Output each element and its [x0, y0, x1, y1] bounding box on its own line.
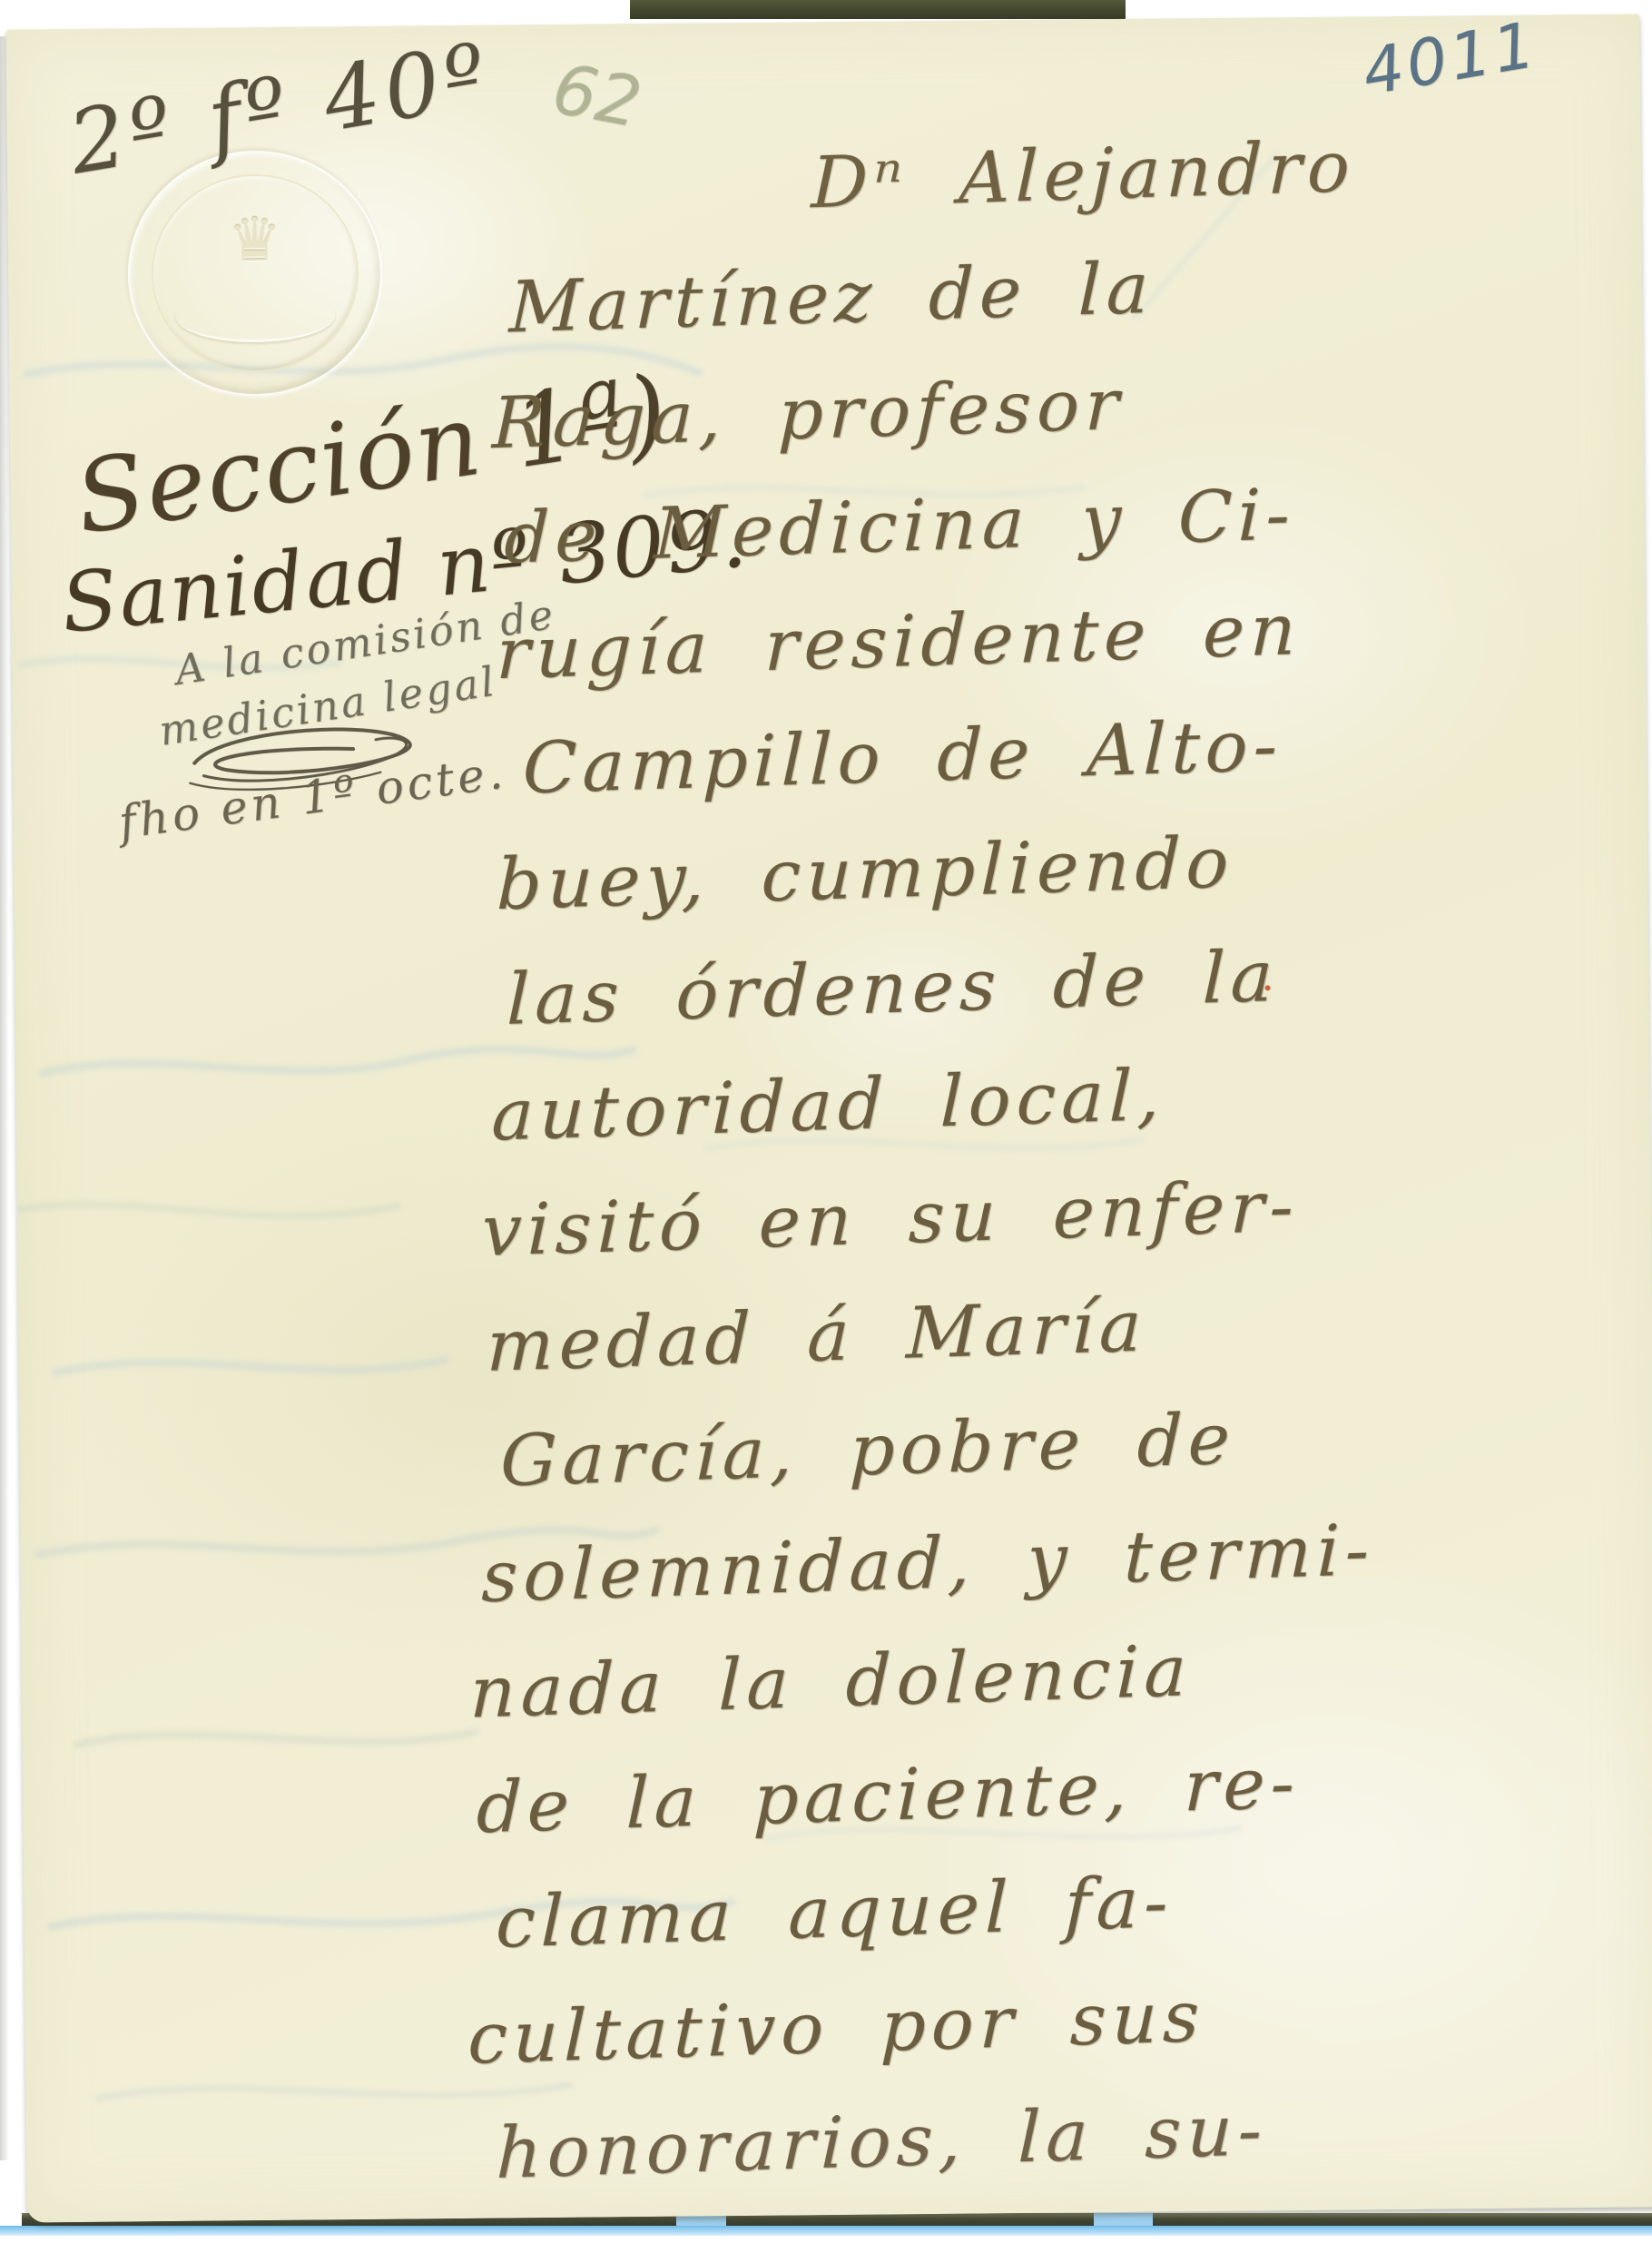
- pencil-page-number: 62: [546, 47, 647, 143]
- archive-number: 4011: [1357, 7, 1543, 110]
- crown-icon: ♛: [129, 204, 380, 277]
- manuscript-body: Dⁿ Alejandro Martínez de la Raga, profes…: [467, 124, 1406, 2229]
- embossed-seal-icon: ♛: [127, 150, 384, 398]
- blue-backing-strip: [0, 2226, 1652, 2236]
- scan-edge-shadow: [0, 36, 9, 2160]
- paper-sheet: ♛ 2º fº 40º 62 4011 Sección 1ª) Sanidad …: [5, 14, 1652, 2222]
- scanned-manuscript-page: { "page": { "archive_number_pencil": "40…: [0, 0, 1652, 2243]
- scanner-strip-top: [630, 0, 1126, 19]
